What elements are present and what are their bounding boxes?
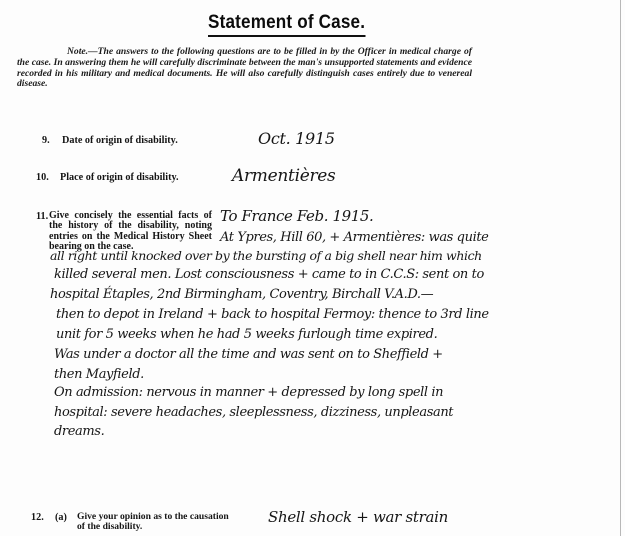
history-line: On admission: nervous in manner + depres… [54,385,443,400]
question-number: 11. [36,211,48,222]
history-line: unit for 5 weeks when he had 5 weeks fur… [56,327,437,342]
history-line: killed several men. Lost consciousness +… [54,267,484,282]
question-label: Give your opinion as to the causation of… [77,512,235,532]
history-line: Was under a doctor all the time and was … [54,347,443,362]
history-line: dreams. [54,424,104,439]
question-number: 10. [36,172,49,183]
question-sub-label: (a) [55,512,67,523]
history-line: then to depot in Ireland + back to hospi… [56,307,489,322]
page-edge-divider [620,0,621,536]
answer-causation: Shell shock + war strain [268,508,448,526]
history-line: all right until knocked over by the burs… [50,248,482,263]
document-page: Statement of Case. Note.—The answers to … [0,0,625,536]
history-line: then Mayfield. [54,367,144,382]
instruction-note: Note.—The answers to the following quest… [17,47,472,90]
question-number: 9. [42,135,50,146]
question-label: Date of origin of disability. [62,135,178,146]
document-title: Statement of Case. [208,12,365,37]
question-label: Place of origin of disability. [60,172,179,183]
answer-date-of-origin: Oct. 1915 [258,129,335,148]
history-line: hospital: severe headaches, sleeplessnes… [54,405,453,420]
question-11-label: Give concisely the essential facts of th… [49,211,212,253]
question-number: 12. [31,512,44,523]
history-line: hospital Étaples, 2nd Birmingham, Covent… [50,287,433,302]
history-line: To France Feb. 1915. [220,207,373,225]
answer-place-of-origin: Armentières [232,166,335,186]
history-line: At Ypres, Hill 60, + Armentières: was qu… [220,230,488,245]
